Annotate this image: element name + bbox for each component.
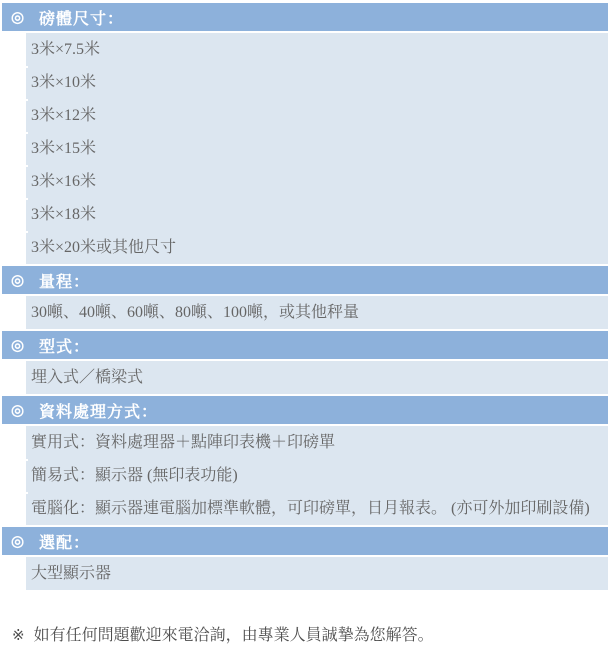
bullseye-icon: ◎: [11, 532, 39, 551]
section-title: 磅體尺寸：: [39, 6, 124, 29]
section-title: 量程：: [39, 269, 90, 292]
spec-row: 3米×15米: [26, 132, 608, 165]
section-header: ◎ 磅體尺寸：: [2, 3, 608, 31]
bullseye-icon: ◎: [11, 271, 39, 290]
section-body: 大型顯示器: [26, 557, 608, 590]
section-body: 30噸、40噸、60噸、80噸、100噸，或其他秤量: [26, 296, 608, 329]
spec-row: 電腦化：顯示器連電腦加標準軟體，可印磅單，日月報表。 (亦可外加印刷設備): [26, 492, 608, 525]
spec-row: 3米×7.5米: [26, 33, 608, 66]
spec-section: ◎ 資料處理方式： 實用式：資料處理器＋點陣印表機＋印磅單簡易式：顯示器 (無印…: [2, 396, 608, 525]
bullseye-icon: ◎: [11, 8, 39, 27]
spec-row: 埋入式／橋梁式: [26, 361, 608, 394]
spec-section: ◎ 選配： 大型顯示器: [2, 527, 608, 590]
spec-row: 大型顯示器: [26, 557, 608, 590]
spec-row: 30噸、40噸、60噸、80噸、100噸，或其他秤量: [26, 296, 608, 329]
spec-row: 3米×16米: [26, 165, 608, 198]
spec-sheet: ◎ 磅體尺寸： 3米×7.5米3米×10米3米×12米3米×15米3米×16米3…: [0, 0, 610, 661]
section-body: 埋入式／橋梁式: [26, 361, 608, 394]
footer-note: ※ 如有任何問題歡迎來電洽詢，由專業人員誠摯為您解答。: [2, 622, 608, 645]
section-body: 實用式：資料處理器＋點陣印表機＋印磅單簡易式：顯示器 (無印表功能)電腦化：顯示…: [26, 426, 608, 525]
spec-section: ◎ 量程： 30噸、40噸、60噸、80噸、100噸，或其他秤量: [2, 266, 608, 329]
bullseye-icon: ◎: [11, 336, 39, 355]
section-header: ◎ 型式：: [2, 331, 608, 359]
spec-section: ◎ 磅體尺寸： 3米×7.5米3米×10米3米×12米3米×15米3米×16米3…: [2, 3, 608, 264]
section-header: ◎ 資料處理方式：: [2, 396, 608, 424]
spec-sections: ◎ 磅體尺寸： 3米×7.5米3米×10米3米×12米3米×15米3米×16米3…: [2, 3, 608, 590]
section-header: ◎ 選配：: [2, 527, 608, 555]
spec-row: 3米×12米: [26, 99, 608, 132]
spec-section: ◎ 型式： 埋入式／橋梁式: [2, 331, 608, 394]
spec-row: 實用式：資料處理器＋點陣印表機＋印磅單: [26, 426, 608, 459]
spec-row: 3米×18米: [26, 198, 608, 231]
bullseye-icon: ◎: [11, 401, 39, 420]
spec-row: 簡易式：顯示器 (無印表功能): [26, 459, 608, 492]
section-header: ◎ 量程：: [2, 266, 608, 294]
section-title: 選配：: [39, 530, 90, 553]
section-title: 資料處理方式：: [39, 399, 158, 422]
spec-row: 3米×20米或其他尺寸: [26, 231, 608, 264]
section-body: 3米×7.5米3米×10米3米×12米3米×15米3米×16米3米×18米3米×…: [26, 33, 608, 264]
reference-mark-icon: ※: [12, 626, 25, 645]
footer-note-text: 如有任何問題歡迎來電洽詢，由專業人員誠摯為您解答。: [34, 622, 434, 645]
section-title: 型式：: [39, 334, 90, 357]
spec-row: 3米×10米: [26, 66, 608, 99]
